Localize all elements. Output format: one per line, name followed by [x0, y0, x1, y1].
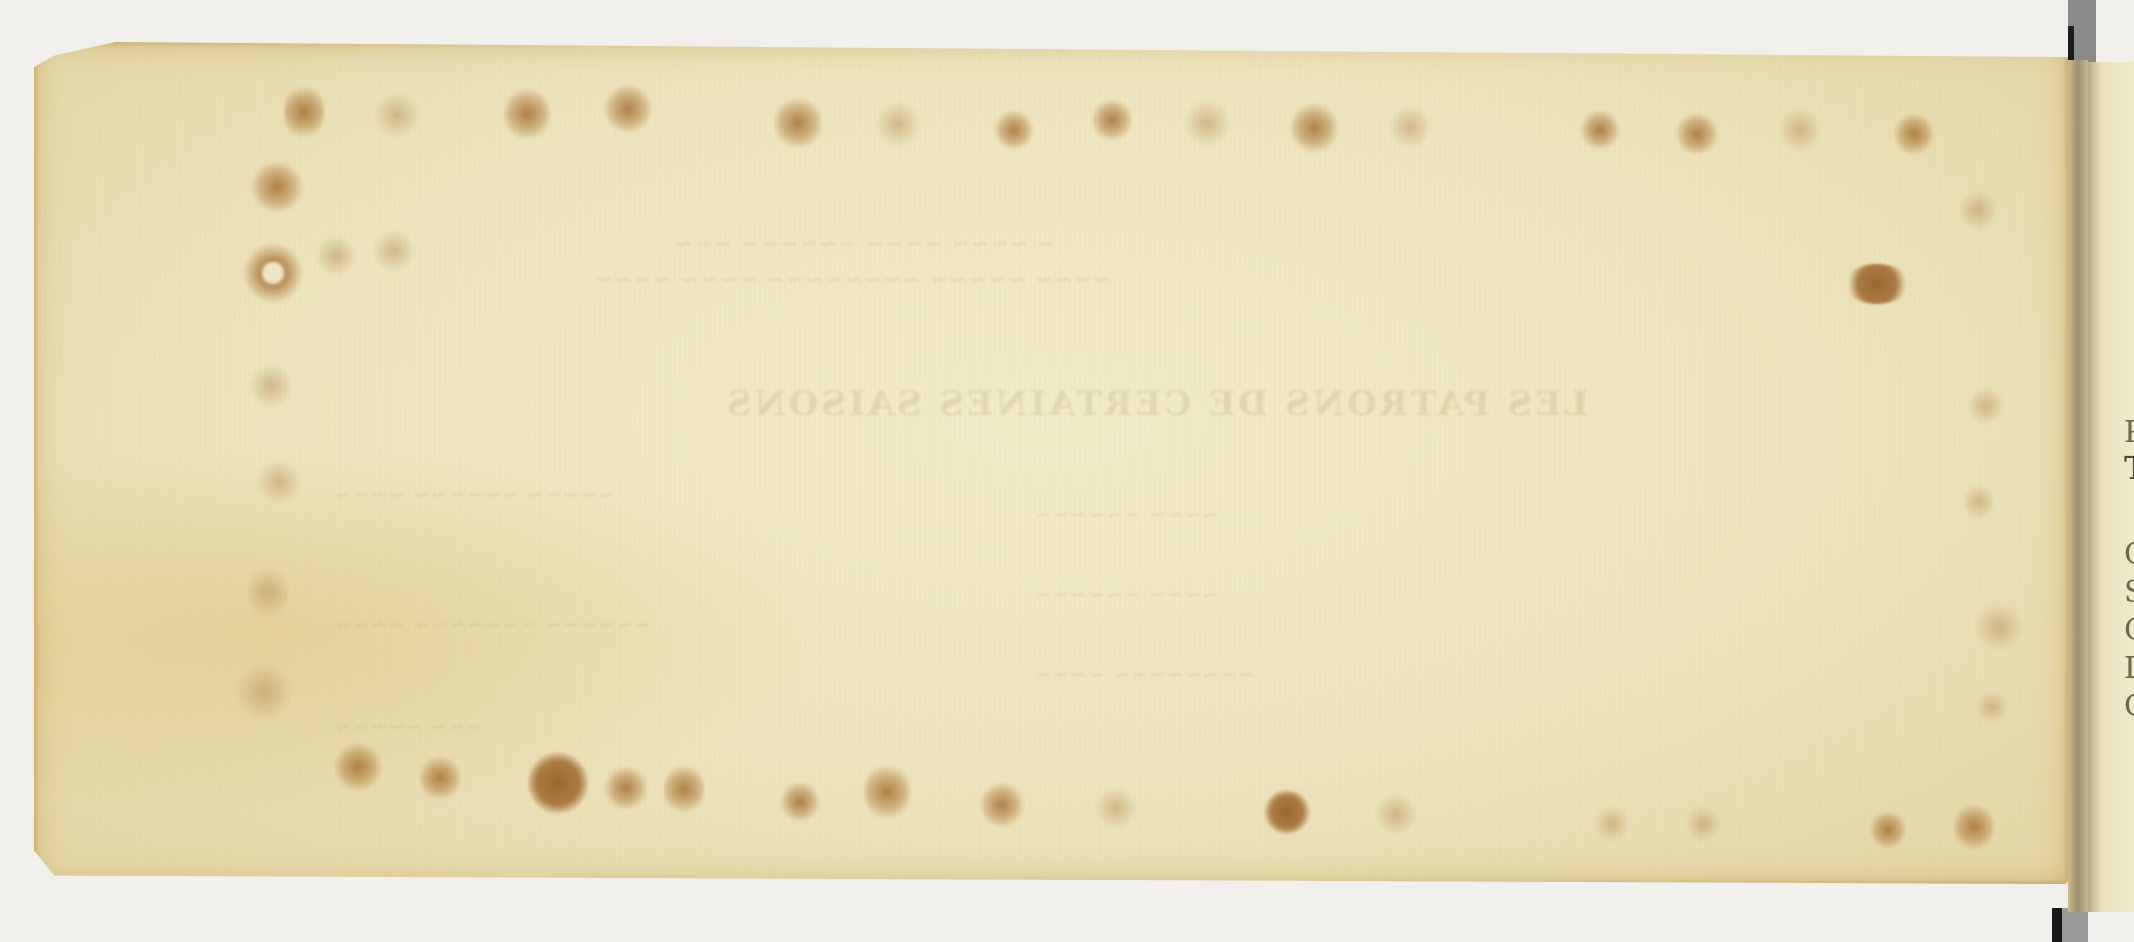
foxing-flower-icon: [1674, 114, 1720, 154]
show-through-line: ~~~~ ~~~~~ ~~~~~~~~ ~~~~ ~~~~: [594, 268, 1112, 293]
foxing-flower-icon: [1094, 788, 1138, 828]
foxing-flower-icon: [1974, 692, 2010, 722]
foxing-flower-icon: [250, 162, 304, 212]
show-through-line: ~~~~ ~~~~~~: [1034, 582, 1219, 606]
foxing-flower-icon: [1954, 802, 1994, 852]
foxing-flower-icon: [528, 752, 588, 814]
foxing-flower-icon: [334, 742, 382, 792]
foxing-flower-icon: [774, 96, 822, 150]
foxing-flower-icon: [874, 102, 922, 146]
foxing-flower-icon: [1870, 810, 1906, 850]
foxing-flower-icon: [1390, 104, 1430, 150]
foxing-flower-icon: [1684, 806, 1722, 842]
adjacent-page-letter: T: [2124, 452, 2134, 484]
show-through-line: ~~~~~~ ~~~~~~~ ~~~~: [334, 612, 651, 636]
foxing-flower-icon: [314, 236, 358, 276]
foxing-flower-icon: [248, 364, 294, 408]
foxing-flower-icon: [780, 782, 820, 822]
adjacent-page-letter: S: [2124, 578, 2134, 608]
foxing-flower-icon: [1974, 602, 2024, 652]
foxing-flower-icon: [1894, 112, 1934, 156]
adjacent-page-letter: L: [2124, 654, 2134, 684]
foxing-flower-icon: [374, 228, 414, 274]
foxing-flower-icon: [604, 84, 652, 134]
scan-clip-bottom: [2052, 908, 2088, 942]
foxing-flower-icon: [248, 562, 288, 622]
foxing-flower-icon: [1966, 388, 2006, 424]
show-through-line: ~ ~~~~ ~~~~ ~~~~~~ ~~~: [674, 232, 1056, 257]
document-scan: ~ ~~~~ ~~~~ ~~~~~~ ~~~ ~~~~ ~~~~~ ~~~~~~…: [0, 0, 2134, 942]
show-through-heading: LES PATRONS DE CERTAINES SAISONS: [724, 384, 1588, 424]
show-through-line: ~~~~~ ~~~~~~ ~~~~: [334, 482, 615, 506]
foxing-flower-icon: [420, 754, 460, 802]
show-through-line: ~~~~ ~~~~~~: [1034, 502, 1219, 526]
foxing-flower-icon: [1374, 794, 1418, 834]
page-gutter: [2068, 60, 2088, 912]
adjacent-page-strip: [2088, 62, 2134, 912]
show-through-line: ~~~ ~~~~~: [334, 714, 483, 738]
adjacent-page-letter: G: [2124, 692, 2134, 722]
scan-clip-top: [2068, 0, 2096, 66]
foxing-flower-icon: [1580, 110, 1620, 150]
foxing-flower-icon: [1964, 482, 1994, 522]
foxing-flower-icon: [1960, 188, 1996, 232]
adjacent-page-letter: G: [2124, 616, 2134, 646]
paper-page: ~ ~~~~ ~~~~ ~~~~~~ ~~~ ~~~~ ~~~~~ ~~~~~~…: [34, 42, 2068, 884]
foxing-flower-icon: [980, 782, 1024, 828]
show-through-line: ~~~~~~~~ ~~~~: [1034, 662, 1254, 686]
foxing-flower-icon: [1090, 100, 1134, 140]
foxing-flower-icon: [604, 766, 648, 810]
foxing-flower-icon: [864, 762, 910, 822]
foxing-flower-icon: [504, 86, 550, 142]
foxing-flower-icon: [1264, 790, 1310, 834]
foxing-flower-icon: [254, 462, 304, 502]
foxing-flower-icon: [1184, 98, 1230, 148]
adjacent-page-letter: C: [2124, 540, 2134, 570]
foxing-flower-icon: [234, 662, 294, 722]
foxing-bee-icon: [1844, 264, 1910, 304]
foxing-flower-icon: [994, 110, 1034, 150]
foxing-flower-icon: [664, 762, 704, 816]
foxing-flower-icon: [374, 92, 420, 138]
foxing-flower-icon: [1290, 102, 1338, 154]
foxing-flower-icon: [1780, 106, 1820, 154]
foxing-flower-icon: [244, 242, 302, 304]
adjacent-page-letter: P: [2124, 418, 2134, 448]
foxing-flower-icon: [284, 82, 324, 142]
foxing-flower-icon: [1594, 806, 1630, 842]
